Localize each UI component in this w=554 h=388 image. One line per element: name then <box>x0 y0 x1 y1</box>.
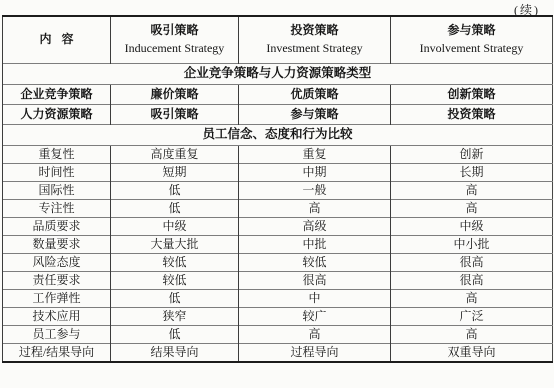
cell-value: 较低 <box>111 271 239 289</box>
corner-label: 内容 <box>29 32 83 46</box>
column-header-investment: 投资策略 Investment Strategy <box>239 16 391 63</box>
cell-value: 高 <box>391 325 553 343</box>
cell-value: 高 <box>239 325 391 343</box>
row-label: 重复性 <box>3 145 111 163</box>
cell-value: 优质策略 <box>239 84 391 104</box>
row-label: 风险态度 <box>3 253 111 271</box>
table-row: 技术应用 狭窄 较广 广泛 <box>3 307 553 325</box>
table-row: 员工参与 低 高 高 <box>3 325 553 343</box>
column-header-zh: 参与策略 <box>393 23 550 38</box>
section-title-row: 企业竞争策略与人力资源策略类型 <box>3 63 553 84</box>
cell-value: 中小批 <box>391 235 553 253</box>
corner-cell: 内容 <box>3 16 111 63</box>
table-row: 过程/结果导向 结果导向 过程导向 双重导向 <box>3 343 553 362</box>
table-row: 品质要求 中级 高级 中级 <box>3 217 553 235</box>
cell-value: 投资策略 <box>391 104 553 124</box>
column-header-inducement: 吸引策略 Inducement Strategy <box>111 16 239 63</box>
table-row: 工作弹性 低 中 高 <box>3 289 553 307</box>
table-row: 人力资源策略 吸引策略 参与策略 投资策略 <box>3 104 553 124</box>
cell-value: 创新策略 <box>391 84 553 104</box>
cell-value: 廉价策略 <box>111 84 239 104</box>
row-label: 品质要求 <box>3 217 111 235</box>
cell-value: 大量大批 <box>111 235 239 253</box>
cell-value: 很高 <box>239 271 391 289</box>
cell-value: 参与策略 <box>239 104 391 124</box>
section-title: 企业竞争策略与人力资源策略类型 <box>3 63 553 84</box>
section-title-row: 员工信念、态度和行为比较 <box>3 124 553 145</box>
cell-value: 长期 <box>391 163 553 181</box>
column-header-en: Involvement Strategy <box>393 41 550 56</box>
cell-value: 狭窄 <box>111 307 239 325</box>
row-label: 专注性 <box>3 199 111 217</box>
table-row: 责任要求 较低 很高 很高 <box>3 271 553 289</box>
cell-value: 较广 <box>239 307 391 325</box>
cell-value: 中级 <box>111 217 239 235</box>
cell-value: 较低 <box>111 253 239 271</box>
cell-value: 低 <box>111 289 239 307</box>
cell-value: 高 <box>239 199 391 217</box>
cell-value: 一般 <box>239 181 391 199</box>
cell-value: 低 <box>111 199 239 217</box>
row-label: 时间性 <box>3 163 111 181</box>
table-row: 重复性 高度重复 重复 创新 <box>3 145 553 163</box>
cell-value: 中期 <box>239 163 391 181</box>
table-row: 国际性 低 一般 高 <box>3 181 553 199</box>
cell-value: 创新 <box>391 145 553 163</box>
table-row: 风险态度 较低 较低 很高 <box>3 253 553 271</box>
row-label: 企业竞争策略 <box>3 84 111 104</box>
cell-value: 很高 <box>391 253 553 271</box>
row-label: 技术应用 <box>3 307 111 325</box>
cell-value: 短期 <box>111 163 239 181</box>
cell-value: 低 <box>111 181 239 199</box>
column-header-involvement: 参与策略 Involvement Strategy <box>391 16 553 63</box>
section-title: 员工信念、态度和行为比较 <box>3 124 553 145</box>
cell-value: 高级 <box>239 217 391 235</box>
cell-value: 吸引策略 <box>111 104 239 124</box>
table-row: 时间性 短期 中期 长期 <box>3 163 553 181</box>
row-label: 人力资源策略 <box>3 104 111 124</box>
column-header-en: Inducement Strategy <box>113 41 236 56</box>
cell-value: 双重导向 <box>391 343 553 362</box>
cell-value: 高 <box>391 199 553 217</box>
table-row: 专注性 低 高 高 <box>3 199 553 217</box>
row-label: 责任要求 <box>3 271 111 289</box>
table-row: 数量要求 大量大批 中批 中小批 <box>3 235 553 253</box>
cell-value: 低 <box>111 325 239 343</box>
cell-value: 结果导向 <box>111 343 239 362</box>
column-header-zh: 吸引策略 <box>113 23 236 38</box>
row-label: 员工参与 <box>3 325 111 343</box>
row-label: 国际性 <box>3 181 111 199</box>
cell-value: 高 <box>391 181 553 199</box>
row-label: 工作弹性 <box>3 289 111 307</box>
cell-value: 广泛 <box>391 307 553 325</box>
cell-value: 较低 <box>239 253 391 271</box>
cell-value: 很高 <box>391 271 553 289</box>
cell-value: 过程导向 <box>239 343 391 362</box>
header-row: 内容 吸引策略 Inducement Strategy 投资策略 Investm… <box>3 16 553 63</box>
cell-value: 中批 <box>239 235 391 253</box>
row-label: 过程/结果导向 <box>3 343 111 362</box>
cell-value: 高 <box>391 289 553 307</box>
cell-value: 重复 <box>239 145 391 163</box>
cell-value: 中级 <box>391 217 553 235</box>
strategy-comparison-table: 内容 吸引策略 Inducement Strategy 投资策略 Investm… <box>2 15 553 363</box>
row-label: 数量要求 <box>3 235 111 253</box>
column-header-zh: 投资策略 <box>241 23 388 38</box>
cell-value: 高度重复 <box>111 145 239 163</box>
column-header-en: Investment Strategy <box>241 41 388 56</box>
cell-value: 中 <box>239 289 391 307</box>
table-row: 企业竞争策略 廉价策略 优质策略 创新策略 <box>3 84 553 104</box>
